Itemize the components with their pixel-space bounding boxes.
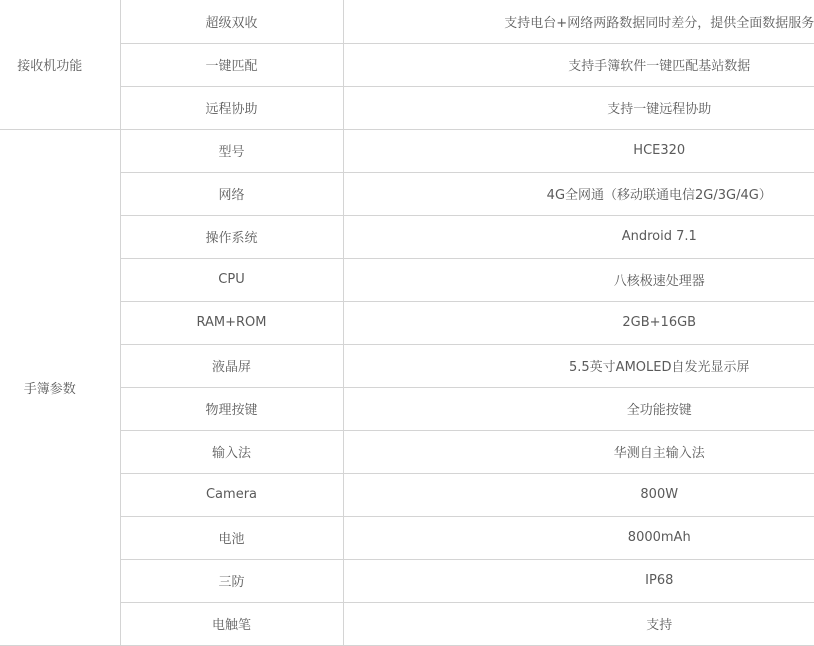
param-cell: 超级双收 — [120, 0, 343, 43]
param-cell: 电池 — [120, 516, 343, 559]
table-row: 液晶屏 5.5英寸AMOLED自发光显示屏 — [0, 344, 814, 387]
spec-table-viewport: 接收机功能 超级双收 支持电台+网络两路数据同时差分，提供全面数据服务 一键匹配… — [0, 0, 814, 646]
product-spec-table: 接收机功能 超级双收 支持电台+网络两路数据同时差分，提供全面数据服务 一键匹配… — [0, 0, 814, 646]
table-row: 物理按键 全功能按键 — [0, 387, 814, 430]
value-cell: 支持手簿软件一键匹配基站数据 — [343, 43, 814, 86]
value-cell: HCE320 — [343, 129, 814, 172]
param-cell: Camera — [120, 473, 343, 516]
param-cell: 型号 — [120, 129, 343, 172]
value-cell: 八核极速处理器 — [343, 258, 814, 301]
param-cell: CPU — [120, 258, 343, 301]
param-cell: 液晶屏 — [120, 344, 343, 387]
table-row: 远程协助 支持一键远程协助 — [0, 86, 814, 129]
param-cell: 三防 — [120, 559, 343, 602]
table-row: RAM+ROM 2GB+16GB — [0, 301, 814, 344]
value-cell: 800W — [343, 473, 814, 516]
table-row: Camera 800W — [0, 473, 814, 516]
value-cell: 全功能按键 — [343, 387, 814, 430]
category-cell-receiver-functions: 接收机功能 — [0, 0, 120, 129]
table-row: 电池 8000mAh — [0, 516, 814, 559]
value-cell: 8000mAh — [343, 516, 814, 559]
table-row: 接收机功能 超级双收 支持电台+网络两路数据同时差分，提供全面数据服务 — [0, 0, 814, 43]
param-cell: RAM+ROM — [120, 301, 343, 344]
value-cell: Android 7.1 — [343, 215, 814, 258]
param-cell: 操作系统 — [120, 215, 343, 258]
value-cell: 2GB+16GB — [343, 301, 814, 344]
param-cell: 一键匹配 — [120, 43, 343, 86]
table-row: 三防 IP68 — [0, 559, 814, 602]
value-cell: 4G全网通（移动联通电信2G/3G/4G） — [343, 172, 814, 215]
param-cell: 电触笔 — [120, 602, 343, 645]
param-cell: 网络 — [120, 172, 343, 215]
table-row: 一键匹配 支持手簿软件一键匹配基站数据 — [0, 43, 814, 86]
table-row: 输入法 华测自主输入法 — [0, 430, 814, 473]
value-cell: 支持一键远程协助 — [343, 86, 814, 129]
table-row: 电触笔 支持 — [0, 602, 814, 645]
param-cell: 输入法 — [120, 430, 343, 473]
table-row: 网络 4G全网通（移动联通电信2G/3G/4G） — [0, 172, 814, 215]
value-cell: 5.5英寸AMOLED自发光显示屏 — [343, 344, 814, 387]
param-cell: 远程协助 — [120, 86, 343, 129]
table-row: 手簿参数 型号 HCE320 — [0, 129, 814, 172]
value-cell: 支持 — [343, 602, 814, 645]
value-cell: 支持电台+网络两路数据同时差分，提供全面数据服务 — [343, 0, 814, 43]
table-row: 操作系统 Android 7.1 — [0, 215, 814, 258]
param-cell: 物理按键 — [120, 387, 343, 430]
table-row: CPU 八核极速处理器 — [0, 258, 814, 301]
category-cell-controller-params: 手簿参数 — [0, 129, 120, 645]
value-cell: 华测自主输入法 — [343, 430, 814, 473]
value-cell: IP68 — [343, 559, 814, 602]
